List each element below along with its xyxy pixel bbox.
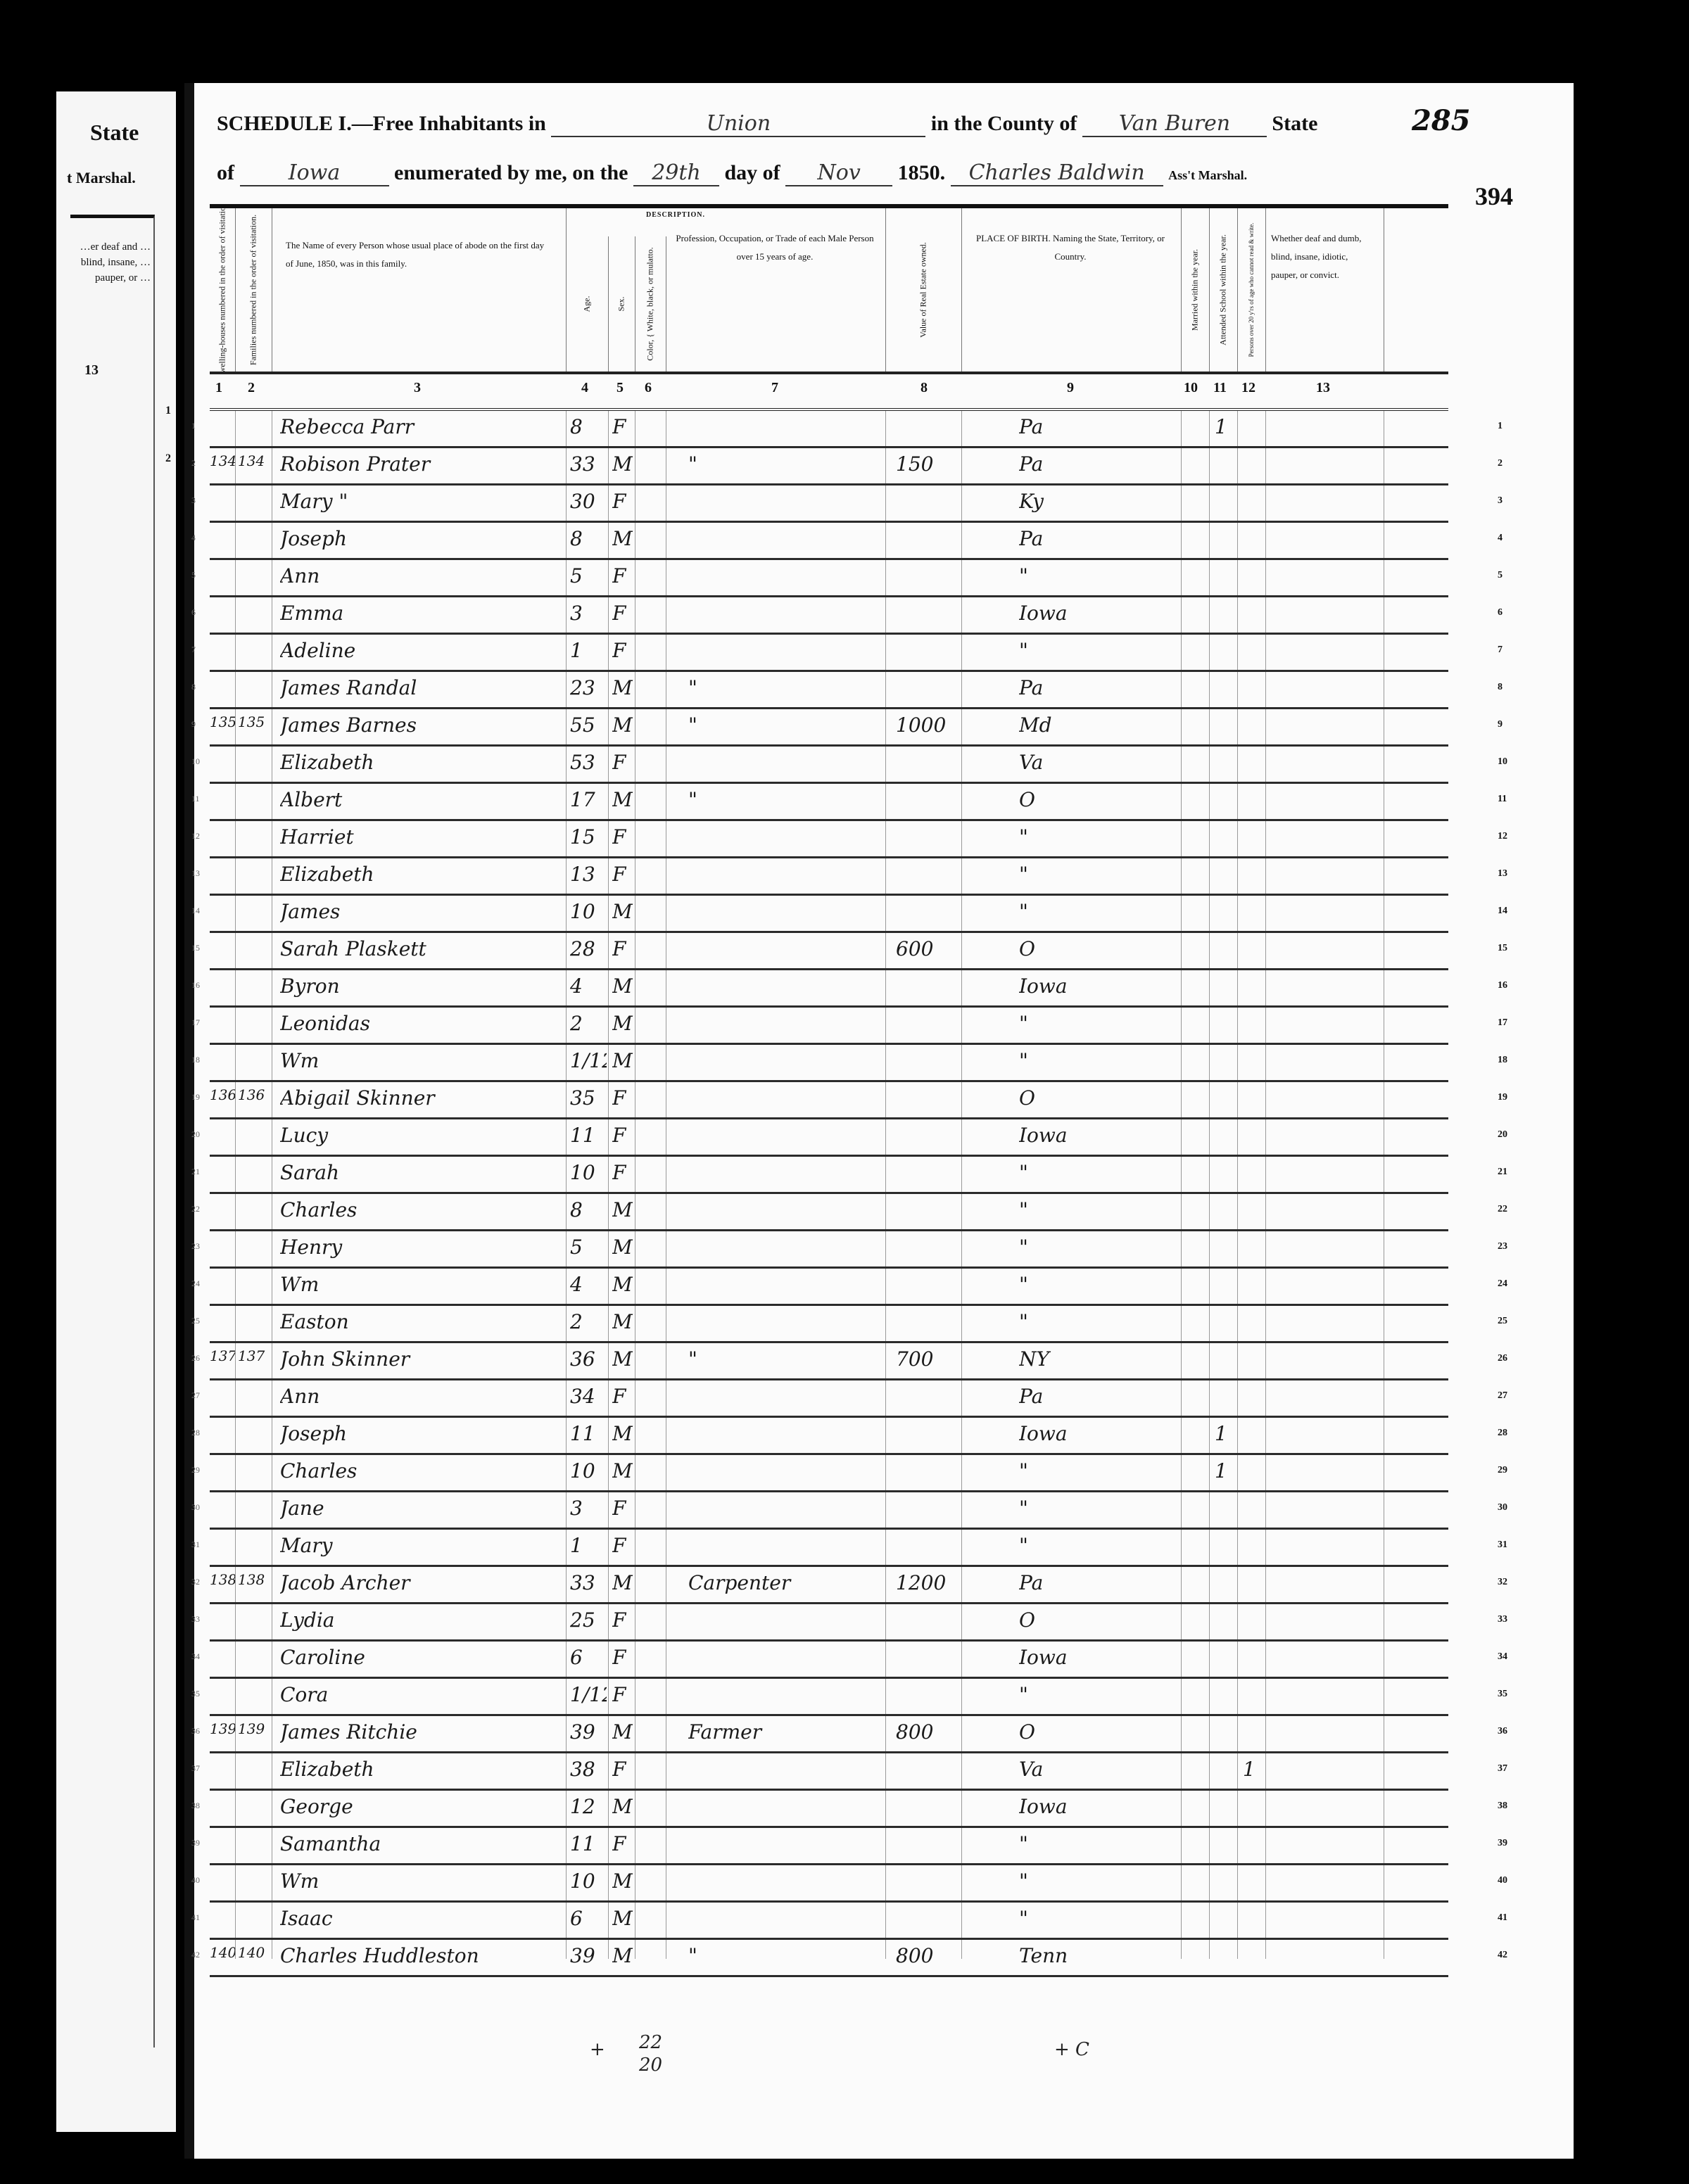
adjacent-col13-header: …er deaf and …blind, insane, … pauper, o… [73,239,151,286]
birthplace: Md [1019,713,1174,737]
person-occupation: " [688,676,878,699]
person-age: 8 [570,415,607,438]
handwritten-page-number: 285 [1412,104,1471,137]
table-row: 34 Caroline 6 F Iowa 34 [210,1642,1448,1679]
col-number: 1 [215,380,222,396]
person-age: 8 [570,1198,607,1221]
person-sex: F [612,1385,633,1408]
line-number-right: 27 [1498,1390,1507,1402]
person-sex: F [612,1086,633,1110]
person-age: 5 [570,1236,607,1259]
person-age: 8 [570,527,607,550]
line-number-left: 27 [191,1390,200,1401]
person-sex: M [612,1907,633,1930]
line-number-right: 20 [1498,1129,1507,1141]
table-row: 4 Joseph 8 M Pa 4 [210,523,1448,560]
line-number-right: 6 [1498,607,1503,618]
line-number-right: 37 [1498,1763,1507,1775]
col-header-name: The Name of every Person whose usual pla… [272,208,567,372]
person-name: Joseph [280,527,562,550]
person-sex: F [612,1124,633,1147]
line-number-right: 33 [1498,1614,1507,1625]
birthplace: Va [1019,1758,1174,1781]
day-of-label: day of [724,161,780,184]
birthplace: Iowa [1019,602,1174,625]
line-number-left: 37 [191,1763,200,1774]
line-number-left: 4 [191,533,196,543]
table-row: 37 Elizabeth 38 F Va 1 37 [210,1753,1448,1791]
person-sex: M [612,1347,633,1371]
birthplace: Ky [1019,490,1174,513]
person-sex: M [612,900,633,923]
col-header-sex: Sex. [608,236,635,372]
line-number-left: 13 [191,868,200,879]
adjacent-col13 [70,215,155,2048]
birthplace: " [1019,1534,1174,1557]
birthplace: O [1019,1086,1174,1110]
school-mark: 1 [1215,1459,1236,1483]
col-number: 7 [771,380,778,396]
table-row: 31 Mary 1 F " 31 [210,1530,1448,1567]
person-sex: F [612,1608,633,1632]
line-number-left: 18 [191,1055,200,1065]
line-number-left: 15 [191,943,200,953]
person-sex: M [612,1273,633,1296]
line-number-left: 9 [191,719,196,730]
adjacent-marshal-label: t Marshal. [67,169,136,187]
line-number-left: 16 [191,980,200,991]
person-sex: M [612,974,633,998]
table-row: 12 Harriet 15 F " 12 [210,821,1448,858]
table-row: 11 Albert 17 M " O 11 [210,784,1448,821]
person-name: Sarah Plaskett [280,937,562,960]
col-header-family: Families numbered in the order of visita… [235,208,272,372]
person-name: Mary [280,1534,562,1557]
col-header-illiterate: Persons over 20 y'rs of age who cannot r… [1237,208,1266,372]
line-number-right: 21 [1498,1167,1507,1178]
line-number-right: 28 [1498,1428,1507,1439]
tally-count-top: 22 [639,2032,662,2053]
table-row: 35 Cora 1/12 F " 35 [210,1679,1448,1716]
family-number: 138 [238,1571,272,1588]
line-number-left: 35 [191,1689,200,1699]
table-row: 9 135 135 James Barnes 55 M " 1000 Md 9 [210,709,1448,747]
table-row: 40 Wm 10 M " 40 [210,1865,1448,1903]
line-number-left: 8 [191,682,196,692]
dwelling-number: 135 [210,713,235,730]
line-number-right: 14 [1498,906,1507,917]
col-number: 3 [414,380,421,396]
col-number: 4 [581,380,588,396]
col-number: 5 [616,380,624,396]
person-age: 1 [570,639,607,662]
line-number-right: 42 [1498,1950,1507,1961]
person-sex: M [612,676,633,699]
table-row: 38 George 12 M Iowa 38 [210,1791,1448,1828]
line-number-right: 25 [1498,1316,1507,1327]
person-age: 4 [570,974,607,998]
day-field: 29th [633,160,719,186]
line-number-right: 23 [1498,1241,1507,1252]
line-number-left: 20 [191,1129,200,1140]
birthplace: NY [1019,1347,1174,1371]
person-age: 10 [570,1869,607,1893]
person-age: 3 [570,602,607,625]
line-number-right: 38 [1498,1801,1507,1812]
person-age: 33 [570,1571,607,1594]
table-row: 17 Leonidas 2 M " 17 [210,1008,1448,1045]
line-number-right: 12 [1498,831,1507,842]
birthplace: O [1019,937,1174,960]
person-sex: M [612,713,633,737]
col-header-age: Age. [566,236,609,372]
enumerated-label: enumerated by me, on the [394,161,628,184]
table-row: 2 134 134 Robison Prater 33 M " 150 Pa 2 [210,448,1448,485]
school-mark: 1 [1215,1422,1236,1445]
person-name: Harriet [280,825,562,849]
census-sheet: SCHEDULE I.—Free Inhabitants in Union in… [184,83,1574,2159]
table-row: 42 140 140 Charles Huddleston 39 M " 800… [210,1940,1448,1977]
person-age: 6 [570,1907,607,1930]
person-name: James Randal [280,676,562,699]
person-age: 28 [570,937,607,960]
person-sex: F [612,1497,633,1520]
state-field: Iowa [240,160,389,186]
person-sex: F [612,1646,633,1669]
line-number-right: 36 [1498,1726,1507,1737]
table-row: 28 Joseph 11 M Iowa 1 28 [210,1418,1448,1455]
line-number-left: 28 [191,1428,200,1438]
table-row: 6 Emma 3 F Iowa 6 [210,597,1448,635]
person-sex: M [612,1310,633,1333]
line-number-right: 13 [1498,868,1507,880]
table-row: 25 Easton 2 M " 25 [210,1306,1448,1343]
census-rows: 1 Rebecca Parr 8 F Pa 1 1 2 134 134 Robi… [210,411,1448,1977]
person-age: 39 [570,1720,607,1744]
family-number: 134 [238,452,272,469]
col-number: 8 [921,380,928,396]
adjacent-row-number: 1 [165,405,171,417]
line-number-left: 24 [191,1278,200,1289]
table-row: 32 138 138 Jacob Archer 33 M Carpenter 1… [210,1567,1448,1604]
person-age: 6 [570,1646,607,1669]
county-label: in the County of [931,112,1077,135]
line-number-left: 40 [191,1875,200,1886]
person-name: Rebecca Parr [280,415,562,438]
line-number-right: 40 [1498,1875,1507,1886]
line-number-right: 24 [1498,1278,1507,1290]
person-age: 23 [570,676,607,699]
person-age: 1 [570,1534,607,1557]
col-header-color: Color, { White, black, or mulatto. [635,236,666,372]
person-sex: F [612,1534,633,1557]
person-name: Emma [280,602,562,625]
line-number-left: 19 [191,1092,200,1103]
person-sex: F [612,751,633,774]
person-occupation: Carpenter [688,1571,878,1594]
col-number: 9 [1067,380,1074,396]
person-age: 10 [570,1459,607,1483]
person-name: Wm [280,1273,562,1296]
birthplace: " [1019,1459,1174,1483]
col-number: 12 [1241,380,1255,396]
person-age: 12 [570,1795,607,1818]
line-number-right: 19 [1498,1092,1507,1103]
table-row: 22 Charles 8 M " 22 [210,1194,1448,1231]
person-age: 35 [570,1086,607,1110]
line-number-left: 17 [191,1017,200,1028]
person-sex: M [612,788,633,811]
line-number-right: 9 [1498,719,1503,730]
table-row: 5 Ann 5 F " 5 [210,560,1448,597]
month-field: Nov [785,160,892,186]
person-sex: M [612,1198,633,1221]
line-number-right: 31 [1498,1539,1507,1551]
table-row: 3 Mary " 30 F Ky 3 [210,485,1448,523]
county-field: Van Buren [1082,111,1267,137]
person-sex: M [612,1236,633,1259]
person-name: James Barnes [280,713,562,737]
person-age: 1/12 [570,1683,607,1706]
township-field: Union [551,111,925,137]
person-age: 1/12 [570,1049,607,1072]
table-row: 41 Isaac 6 M " 41 [210,1903,1448,1940]
person-name: Jacob Archer [280,1571,562,1594]
table-row: 15 Sarah Plaskett 28 F 600 O 15 [210,933,1448,970]
col-number: 11 [1213,380,1227,396]
line-number-left: 11 [191,794,200,804]
line-number-left: 6 [191,607,196,618]
marshal-signature: Charles Baldwin [951,160,1163,186]
person-sex: M [612,1869,633,1893]
line-number-left: 26 [191,1353,200,1364]
line-number-right: 22 [1498,1204,1507,1215]
person-age: 3 [570,1497,607,1520]
col-number: 10 [1184,380,1198,396]
line-number-right: 29 [1498,1465,1507,1476]
birthplace: " [1019,1907,1174,1930]
dwelling-number: 134 [210,452,235,469]
person-sex: F [612,639,633,662]
dwelling-number: 139 [210,1720,235,1737]
birthplace: " [1019,1198,1174,1221]
person-name: Wm [280,1049,562,1072]
person-age: 13 [570,863,607,886]
person-age: 17 [570,788,607,811]
person-age: 33 [570,452,607,476]
person-name: Leonidas [280,1012,562,1035]
line-number-right: 16 [1498,980,1507,991]
person-name: Elizabeth [280,751,562,774]
adjacent-page-fragment: State t Marshal. …er deaf and …blind, in… [0,0,184,2184]
line-number-left: 2 [191,458,196,469]
birthplace: Pa [1019,527,1174,550]
line-number-left: 36 [191,1726,200,1737]
person-name: Wm [280,1869,562,1893]
table-header: Dwelling-houses numbered in the order of… [210,204,1448,374]
birthplace: Iowa [1019,1646,1174,1669]
of-label: of [217,161,234,184]
line-number-right: 7 [1498,645,1503,656]
line-number-left: 25 [191,1316,200,1326]
person-name: Albert [280,788,562,811]
person-sex: F [612,1832,633,1855]
line-number-left: 7 [191,645,196,655]
person-age: 2 [570,1310,607,1333]
person-name: Adeline [280,639,562,662]
person-name: Henry [280,1236,562,1259]
stamped-page-number: 394 [1475,182,1513,211]
line-number-left: 29 [191,1465,200,1475]
person-name: Jane [280,1497,562,1520]
person-name: Joseph [280,1422,562,1445]
person-sex: M [612,1720,633,1744]
person-name: Charles [280,1459,562,1483]
person-name: Isaac [280,1907,562,1930]
person-age: 10 [570,900,607,923]
table-row: 13 Elizabeth 13 F " 13 [210,858,1448,896]
line-number-right: 11 [1498,794,1507,805]
birthplace: " [1019,1832,1174,1855]
person-occupation: Farmer [688,1720,878,1744]
birthplace: Pa [1019,1385,1174,1408]
line-number-right: 18 [1498,1055,1507,1066]
person-sex: M [612,1012,633,1035]
line-number-left: 5 [191,570,196,580]
table-row: 7 Adeline 1 F " 7 [210,635,1448,672]
line-number-right: 8 [1498,682,1503,693]
real-estate-value: 1200 [896,1571,959,1594]
birthplace: " [1019,1236,1174,1259]
person-sex: M [612,1795,633,1818]
person-age: 34 [570,1385,607,1408]
line-number-right: 41 [1498,1912,1507,1924]
real-estate-value: 800 [896,1720,959,1744]
col-header-dwelling: Dwelling-houses numbered in the order of… [210,208,236,372]
birthplace: " [1019,863,1174,886]
person-sex: F [612,937,633,960]
col-header-real-estate: Value of Real Estate owned. [885,208,962,372]
real-estate-value: 1000 [896,713,959,737]
person-sex: F [612,415,633,438]
person-sex: M [612,1459,633,1483]
census-table: Dwelling-houses numbered in the order of… [210,204,1448,1977]
schedule-label: SCHEDULE I.—Free Inhabitants in [217,112,546,135]
person-occupation: " [688,713,878,737]
table-row: 1 Rebecca Parr 8 F Pa 1 1 [210,411,1448,448]
birthplace: Tenn [1019,1944,1174,1967]
dwelling-number: 140 [210,1944,235,1961]
line-number-left: 31 [191,1539,200,1550]
year-label: 1850. [898,161,946,184]
person-age: 11 [570,1124,607,1147]
person-name: Sarah [280,1161,562,1184]
person-age: 25 [570,1608,607,1632]
person-sex: M [612,1571,633,1594]
tally-mark-left: + [590,2039,605,2060]
real-estate-value: 150 [896,452,959,476]
line-number-right: 3 [1498,495,1503,507]
family-number: 137 [238,1347,272,1364]
line-number-left: 30 [191,1502,200,1513]
person-name: Robison Prater [280,452,562,476]
person-age: 36 [570,1347,607,1371]
person-name: Elizabeth [280,863,562,886]
line-number-right: 32 [1498,1577,1507,1588]
person-sex: F [612,863,633,886]
birthplace: " [1019,1161,1174,1184]
birthplace: Pa [1019,452,1174,476]
person-sex: F [612,825,633,849]
line-number-left: 22 [191,1204,200,1214]
person-age: 11 [570,1422,607,1445]
person-name: James Ritchie [280,1720,562,1744]
line-number-left: 1 [191,421,196,431]
person-age: 15 [570,825,607,849]
person-sex: M [612,1944,633,1967]
person-age: 53 [570,751,607,774]
person-name: Charles Huddleston [280,1944,562,1967]
line-number-right: 39 [1498,1838,1507,1849]
table-row: 20 Lucy 11 F Iowa 20 [210,1119,1448,1157]
line-number-left: 33 [191,1614,200,1625]
table-row: 21 Sarah 10 F " 21 [210,1157,1448,1194]
line-number-left: 41 [191,1912,200,1923]
birthplace: " [1019,1310,1174,1333]
person-name: Byron [280,974,562,998]
col-header-disability: Whether deaf and dumb, blind, insane, id… [1265,208,1384,372]
dwelling-number: 138 [210,1571,235,1588]
birthplace: O [1019,1720,1174,1744]
page-footer-tally: + 22 20 + C [210,2039,1448,2109]
birthplace: " [1019,1497,1174,1520]
line-number-left: 10 [191,756,200,767]
person-name: Caroline [280,1646,562,1669]
table-row: 33 Lydia 25 F O 33 [210,1604,1448,1642]
line-number-right: 10 [1498,756,1507,768]
marshal-label: Ass't Marshal. [1168,168,1247,182]
table-row: 19 136 136 Abigail Skinner 35 F O 19 [210,1082,1448,1119]
table-row: 14 James 10 M " 14 [210,896,1448,933]
person-age: 5 [570,564,607,588]
col-header-married: Married within the year. [1181,208,1210,372]
school-mark: 1 [1215,415,1236,438]
line-number-left: 32 [191,1577,200,1587]
person-sex: F [612,1758,633,1781]
person-occupation: " [688,452,878,476]
table-row: 18 Wm 1/12 M " 18 [210,1045,1448,1082]
col-number: 6 [645,380,652,396]
person-name: Abigail Skinner [280,1086,562,1110]
state-label: State [1272,112,1317,135]
line-number-left: 23 [191,1241,200,1252]
line-number-right: 15 [1498,943,1507,954]
person-name: Elizabeth [280,1758,562,1781]
real-estate-value: 700 [896,1347,959,1371]
person-age: 4 [570,1273,607,1296]
person-name: Charles [280,1198,562,1221]
birthplace: " [1019,1012,1174,1035]
line-number-right: 17 [1498,1017,1507,1029]
line-number-right: 5 [1498,570,1503,581]
person-sex: M [612,527,633,550]
birthplace: " [1019,1683,1174,1706]
line-number-left: 39 [191,1838,200,1848]
person-occupation: " [688,788,878,811]
line-number-left: 42 [191,1950,200,1960]
family-number: 136 [238,1086,272,1103]
person-name: Ann [280,1385,562,1408]
